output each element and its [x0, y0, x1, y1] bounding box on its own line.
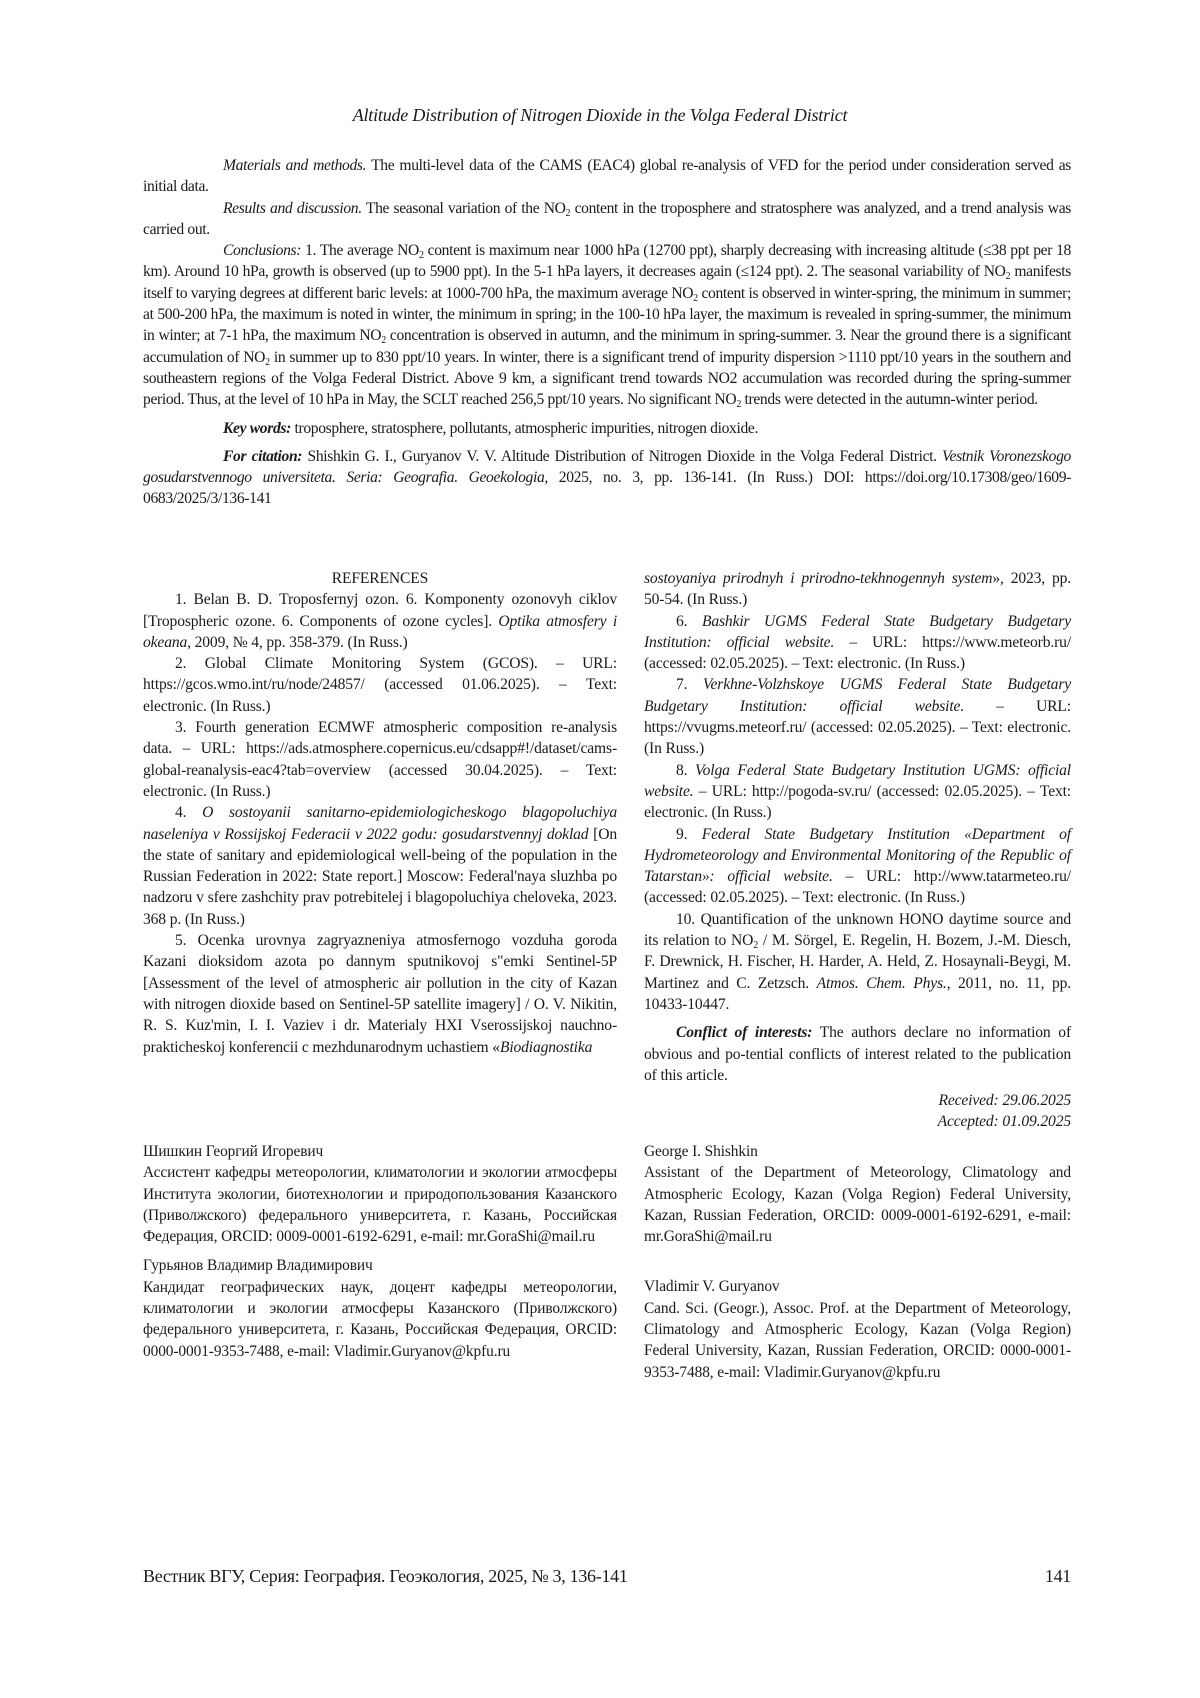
running-title: Altitude Distribution of Nitrogen Dioxid… — [0, 105, 1200, 126]
page-footer: Вестник ВГУ, Серия: География. Геоэколог… — [143, 1566, 1071, 1587]
received-date: Received: 29.06.2025 — [644, 1090, 1071, 1111]
section-label: Results and discussion. — [223, 200, 362, 217]
reference-item: 1. Belan B. D. Troposfernyj ozon. 6. Kom… — [143, 589, 617, 653]
citation: For citation: Shishkin G. I., Guryanov V… — [143, 446, 1071, 510]
reference-item: 3. Fourth generation ECMWF atmospheric c… — [143, 717, 617, 802]
conflict-of-interests: Conflict of interests: The authors decla… — [644, 1022, 1071, 1086]
keywords-label: Key words: — [223, 420, 291, 437]
reference-item: 5. Ocenka urovnya zagryazneniya atmosfer… — [143, 930, 617, 1058]
author-info: Кандидат географических наук, доцент каф… — [143, 1277, 617, 1362]
page-number: 141 — [1045, 1566, 1071, 1587]
reference-item: 10. Quantification of the unknown HONO d… — [644, 909, 1071, 1015]
section-label: Materials and methods. — [223, 157, 366, 174]
abstract: Materials and methods. The multi-level d… — [143, 155, 1071, 510]
reference-item: 8. Volga Federal State Budgetary Institu… — [644, 760, 1071, 824]
citation-label: For citation: — [223, 448, 302, 465]
author-name: Vladimir V. Guryanov — [644, 1276, 1071, 1297]
authors-russian: Шишкин Георгий Игоревич Ассистент кафедр… — [143, 1141, 617, 1362]
section-label: Conclusions: — [223, 242, 301, 259]
materials-and-methods: Materials and methods. The multi-level d… — [143, 155, 1071, 198]
author-info: Assistant of the Department of Meteorolo… — [644, 1162, 1071, 1247]
keywords: Key words: troposphere, stratosphere, po… — [143, 418, 1071, 439]
references-column-right: sostoyaniya prirodnyh i prirodno-tekhnog… — [644, 568, 1071, 1133]
reference-item: 2. Global Climate Monitoring System (GCO… — [143, 653, 617, 717]
author-info: Cand. Sci. (Geogr.), Assoc. Prof. at the… — [644, 1298, 1071, 1383]
reference-item: 4. O sostoyanii sanitarno-epidemiologich… — [143, 802, 617, 930]
results-and-discussion: Results and discussion. The seasonal var… — [143, 198, 1071, 241]
reference-item-continued: sostoyaniya prirodnyh i prirodno-tekhnog… — [644, 568, 1071, 611]
conflict-label: Conflict of interests: — [676, 1024, 812, 1041]
author-name: Шишкин Георгий Игоревич — [143, 1141, 617, 1162]
reference-item: 7. Verkhne-Volzhskoye UGMS Federal State… — [644, 674, 1071, 759]
author-info: Ассистент кафедры метеорологии, климатол… — [143, 1162, 617, 1247]
journal-footer: Вестник ВГУ, Серия: География. Геоэколог… — [143, 1566, 628, 1587]
authors-english: George I. Shishkin Assistant of the Depa… — [644, 1141, 1071, 1383]
conclusions: Conclusions: 1. The average NO2 content … — [143, 240, 1071, 410]
reference-item: 9. Federal State Budgetary Institution «… — [644, 824, 1071, 909]
author-name: George I. Shishkin — [644, 1141, 1071, 1162]
reference-item: 6. Bashkir UGMS Federal State Budgetary … — [644, 611, 1071, 675]
references-heading: REFERENCES — [143, 568, 617, 589]
accepted-date: Accepted: 01.09.2025 — [644, 1111, 1071, 1132]
author-name: Гурьянов Владимир Владимирович — [143, 1255, 617, 1276]
references-column-left: REFERENCES 1. Belan B. D. Troposfernyj o… — [143, 568, 617, 1058]
